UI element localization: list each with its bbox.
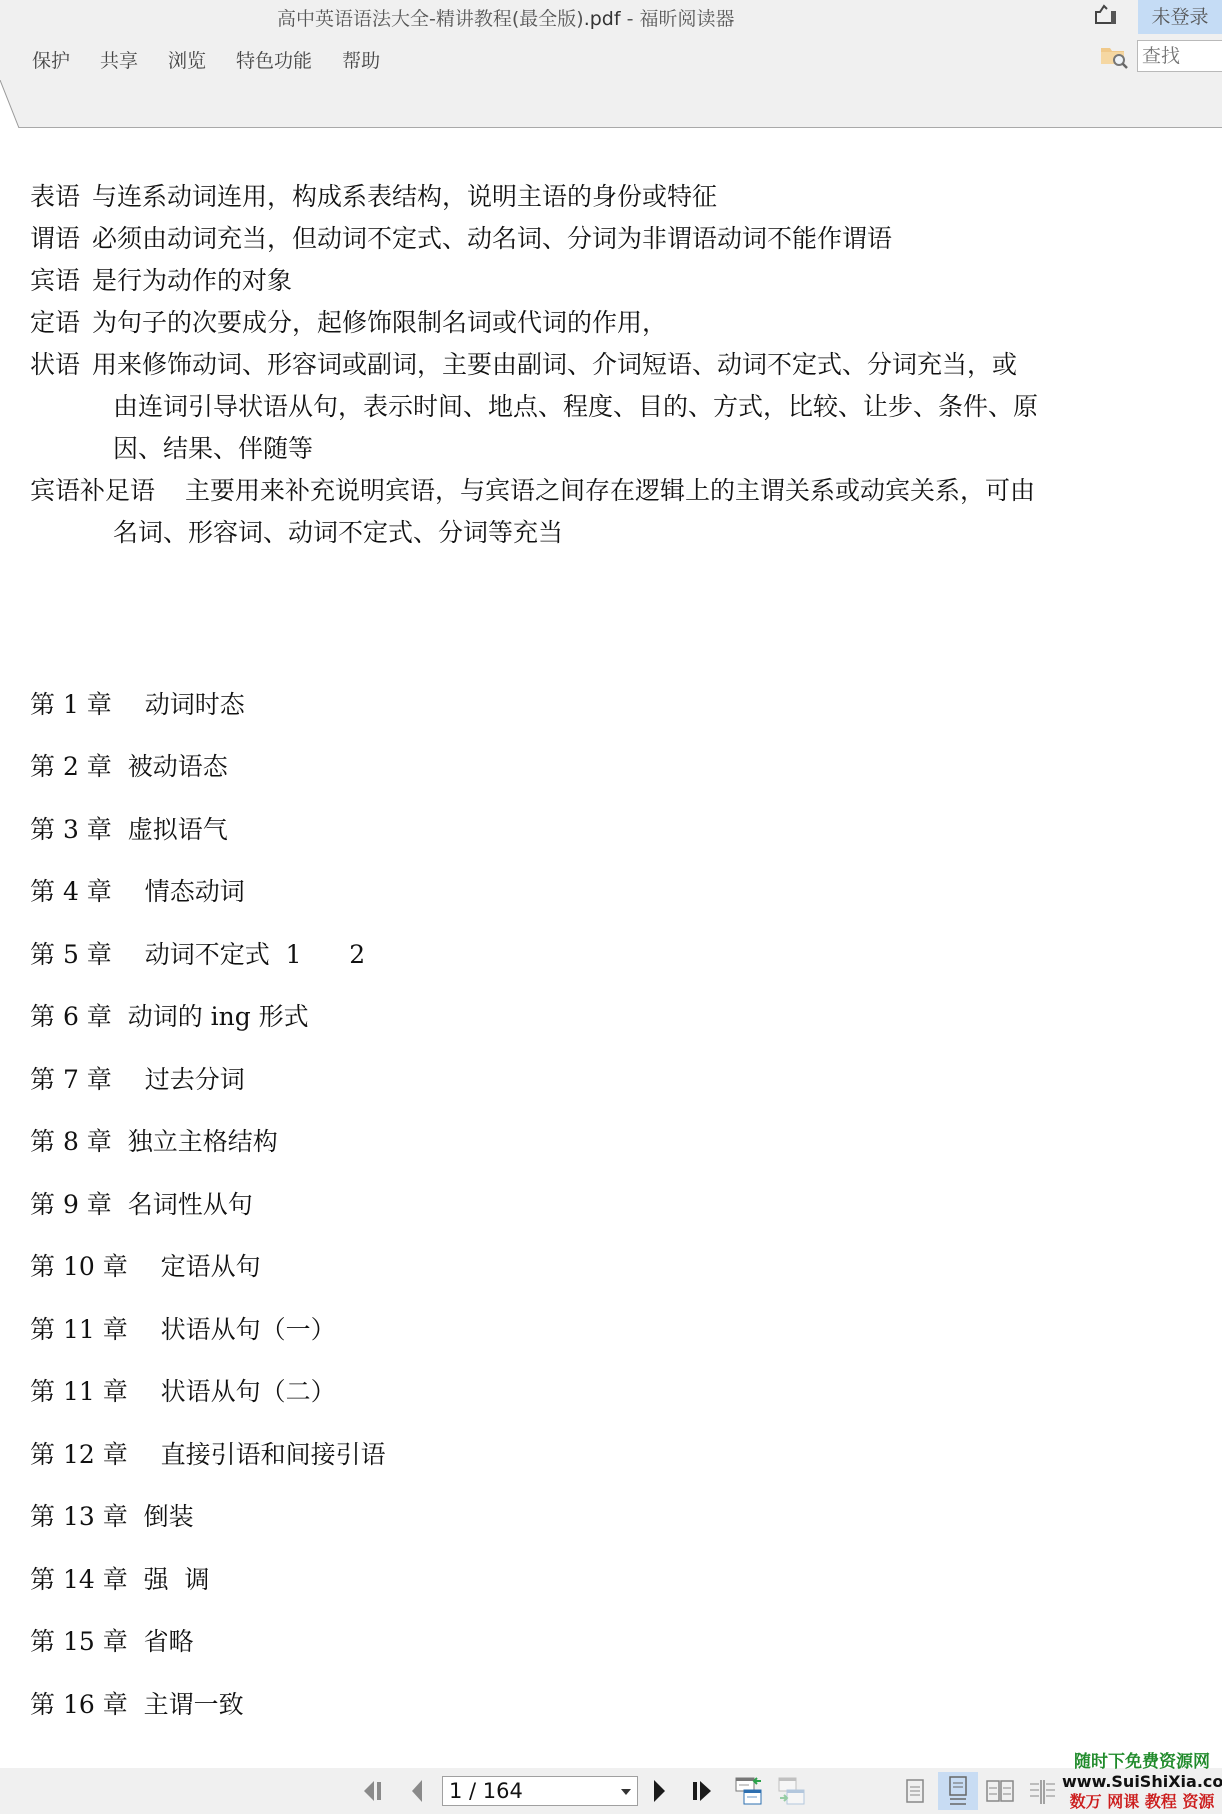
term-line: 定语为句子的次要成分，起修饰限制名词或代词的作用， <box>30 307 667 339</box>
chapter-item: 第 16 章 主谓一致 <box>30 1689 244 1721</box>
continuous-facing-view-icon[interactable] <box>1022 1772 1062 1810</box>
chapter-item: 第 6 章 动词的 ing 形式 <box>30 1001 309 1033</box>
share-icon[interactable] <box>1092 3 1118 25</box>
watermark-line-2: www.SuiShiXia.com <box>1062 1772 1222 1792</box>
window-title: 高中英语语法大全-精讲教程(最全版).pdf - 福昕阅读器 <box>277 4 734 31</box>
first-page-icon[interactable] <box>362 1777 388 1805</box>
window-title-name: 高中英语语法大全-精讲教程(最全版) <box>277 8 584 30</box>
facing-view-icon[interactable] <box>980 1772 1020 1810</box>
chapter-item: 第 12 章 直接引语和间接引语 <box>30 1439 386 1471</box>
term-line: 宾语补足语主要用来补充说明宾语，与宾语之间存在逻辑上的主谓关系或动宾关系，可由 <box>30 475 1035 507</box>
chapter-item: 第 9 章 名词性从句 <box>30 1189 253 1221</box>
term-label: 定语 <box>30 308 80 337</box>
bottom-toolbar: 1 / 164 <box>0 1768 1222 1814</box>
term-label: 宾语补足语 <box>30 476 155 505</box>
previous-view-icon[interactable] <box>735 1776 763 1806</box>
chevron-down-icon[interactable] <box>621 1789 631 1795</box>
menu-bar: 保护 共享 浏览 特色功能 帮助 <box>32 46 410 73</box>
chapter-item: 第 5 章 动词不定式 1 2 <box>30 939 365 971</box>
chapter-item: 第 11 章 状语从句（二） <box>30 1376 336 1408</box>
page-number-input[interactable]: 1 / 164 <box>442 1776 638 1806</box>
window-title-ext: .pdf <box>584 8 621 30</box>
previous-page-icon[interactable] <box>408 1777 428 1805</box>
watermark-line-1: 随时下免费资源网 <box>1062 1752 1222 1772</box>
ribbon-tab-edge <box>0 80 20 128</box>
term-text: 用来修饰动词、形容词或副词，主要由副词、介词短语、动词不定式、分词充当，或 <box>92 350 1017 379</box>
continuous-view-icon[interactable] <box>938 1772 978 1810</box>
watermark: 随时下免费资源网 www.SuiShiXia.com 数万 网课 教程 资源 <box>1062 1752 1222 1814</box>
chapter-item: 第 15 章 省略 <box>30 1626 194 1658</box>
chapter-item: 第 7 章 过去分词 <box>30 1064 245 1096</box>
term-label: 状语 <box>30 350 80 379</box>
login-button[interactable]: 未登录 <box>1138 0 1222 34</box>
chapter-item: 第 2 章 被动语态 <box>30 751 228 783</box>
menu-item-help[interactable]: 帮助 <box>342 46 380 73</box>
menu-item-features[interactable]: 特色功能 <box>236 46 312 73</box>
window-title-app: - 福昕阅读器 <box>621 8 735 30</box>
term-label: 表语 <box>30 182 80 211</box>
term-continuation: 因、结果、伴随等 <box>113 433 313 465</box>
term-continuation: 名词、形容词、动词不定式、分词等充当 <box>113 517 563 549</box>
term-text: 与连系动词连用，构成系表结构，说明主语的身份或特征 <box>92 182 717 211</box>
term-text: 必须由动词充当，但动词不定式、动名词、分词为非谓语动词不能作谓语 <box>92 224 892 253</box>
document-page: 表语与连系动词连用，构成系表结构，说明主语的身份或特征 谓语必须由动词充当，但动… <box>0 128 1222 1768</box>
watermark-line-3: 数万 网课 教程 资源 <box>1062 1792 1222 1812</box>
single-page-view-icon[interactable] <box>895 1772 935 1810</box>
term-continuation: 由连词引导状语从句，表示时间、地点、程度、目的、方式，比较、让步、条件、原 <box>113 391 1038 423</box>
term-text: 为句子的次要成分，起修饰限制名词或代词的作用， <box>92 308 667 337</box>
chapter-item: 第 10 章 定语从句 <box>30 1251 261 1283</box>
menu-item-protect[interactable]: 保护 <box>32 46 70 73</box>
term-text: 是行为动作的对象 <box>92 266 292 295</box>
chapter-item: 第 1 章 动词时态 <box>30 689 245 721</box>
chapter-item: 第 14 章 强 调 <box>30 1564 210 1596</box>
search-input[interactable] <box>1137 40 1222 72</box>
last-page-icon[interactable] <box>690 1777 716 1805</box>
term-label: 谓语 <box>30 224 80 253</box>
menu-item-share[interactable]: 共享 <box>100 46 138 73</box>
chapter-item: 第 11 章 状语从句（一） <box>30 1314 336 1346</box>
chapter-item: 第 13 章 倒装 <box>30 1501 194 1533</box>
term-line: 状语用来修饰动词、形容词或副词，主要由副词、介词短语、动词不定式、分词充当，或 <box>30 349 1017 381</box>
folder-search-icon[interactable] <box>1100 42 1130 70</box>
top-toolbar: 高中英语语法大全-精讲教程(最全版).pdf - 福昕阅读器 保护 共享 浏览 … <box>0 0 1222 128</box>
term-line: 宾语是行为动作的对象 <box>30 265 292 297</box>
next-page-icon[interactable] <box>650 1777 670 1805</box>
next-view-icon[interactable] <box>778 1776 806 1806</box>
menu-item-view[interactable]: 浏览 <box>168 46 206 73</box>
page-number-value: 1 / 164 <box>449 1779 523 1803</box>
chapter-item: 第 8 章 独立主格结构 <box>30 1126 278 1158</box>
term-line: 表语与连系动词连用，构成系表结构，说明主语的身份或特征 <box>30 181 717 213</box>
chapter-item: 第 3 章 虚拟语气 <box>30 814 228 846</box>
term-text: 主要用来补充说明宾语，与宾语之间存在逻辑上的主谓关系或动宾关系，可由 <box>185 476 1035 505</box>
chapter-item: 第 4 章 情态动词 <box>30 876 245 908</box>
term-line: 谓语必须由动词充当，但动词不定式、动名词、分词为非谓语动词不能作谓语 <box>30 223 892 255</box>
term-label: 宾语 <box>30 266 80 295</box>
